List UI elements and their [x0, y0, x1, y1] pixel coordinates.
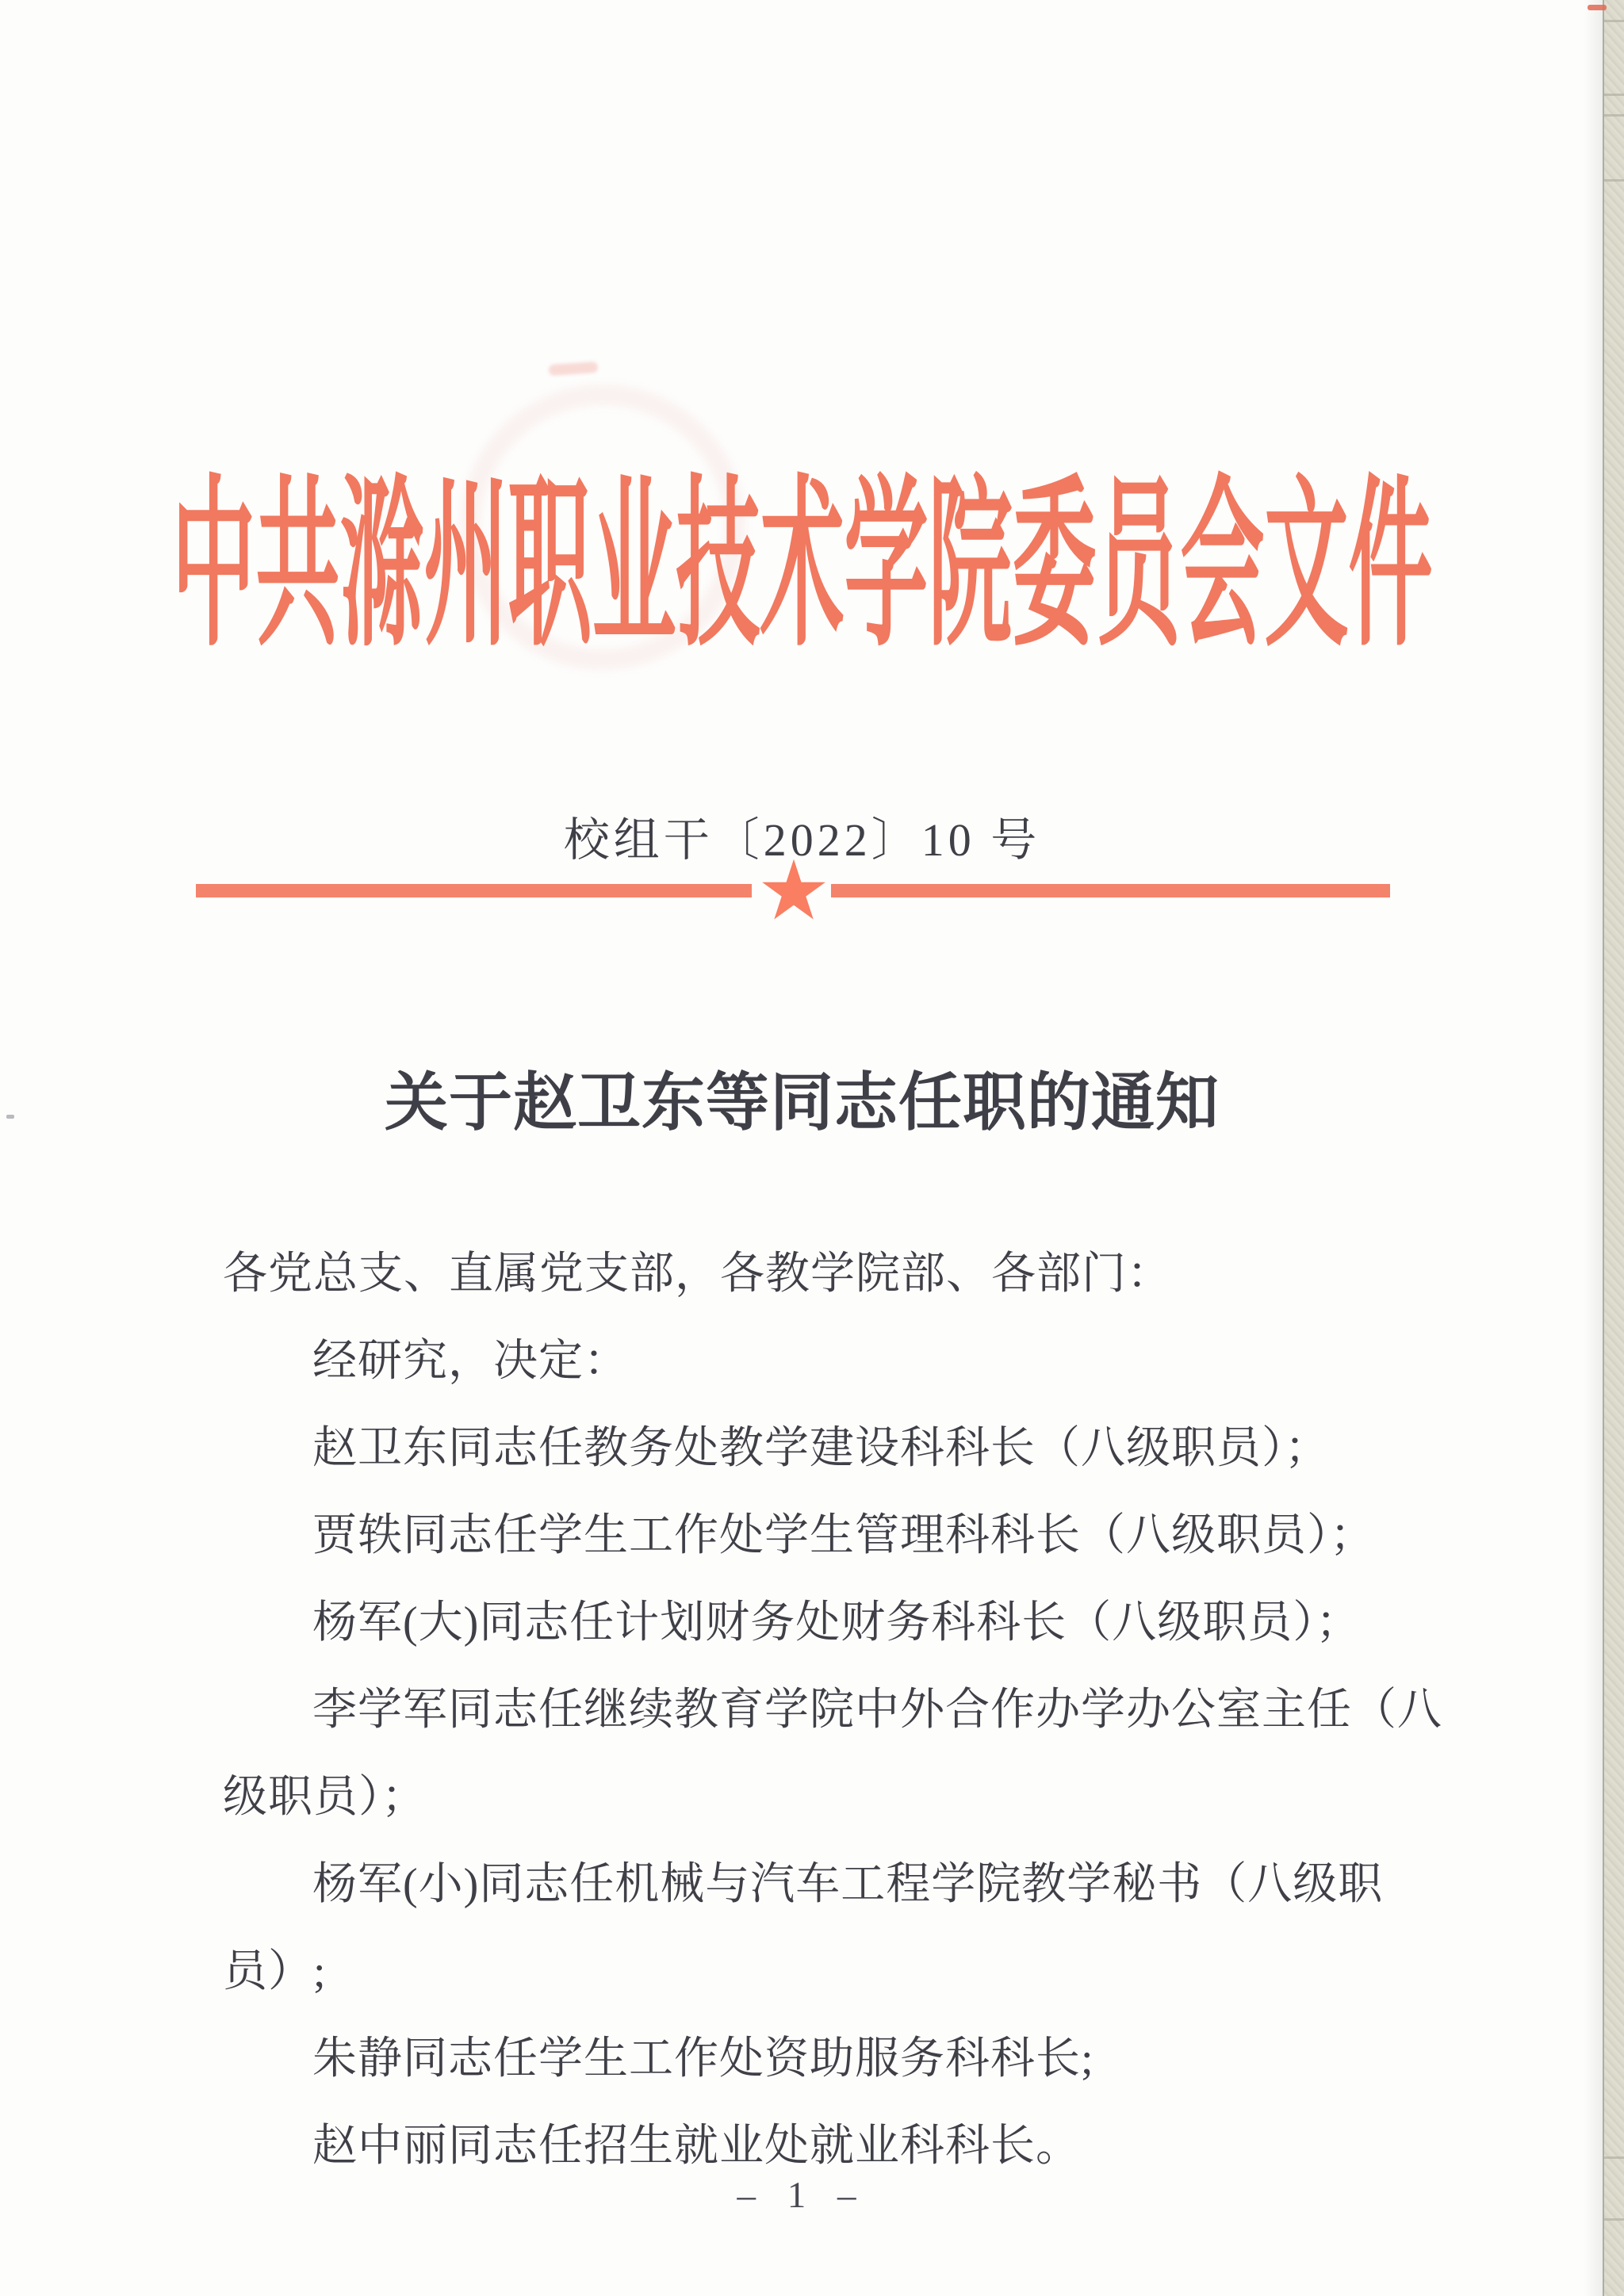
org-title: 中共滁州职业技术学院委员会文件 — [172, 474, 1433, 660]
body-paragraph: 各党总支、直属党支部，各教学院部、各部门： — [223, 1230, 1448, 1318]
body-paragraph: 朱静同志任学生工作处资助服务科科长; — [223, 2015, 1448, 2103]
star-icon: ★ — [746, 839, 841, 942]
strip-seam — [1604, 179, 1624, 182]
page-number: – 1 – — [0, 2174, 1604, 2217]
document-title: 关于赵卫东等同志任职的通知 — [0, 1051, 1604, 1142]
body-paragraph: 杨军(小)同志任机械与汽车工程学院教学秘书（八级职员）; — [223, 1841, 1448, 2015]
strip-seam — [1604, 20, 1624, 22]
body-paragraph: 赵卫东同志任教务处教学建设科科长（八级职员）； — [223, 1405, 1448, 1492]
document-body: 各党总支、直属党支部，各教学院部、各部门：经研究，决定：赵卫东同志任教务处教学建… — [223, 1230, 1448, 2190]
red-rule-right — [831, 884, 1390, 897]
strip-seam — [1604, 94, 1624, 96]
strip-seam — [1604, 2218, 1624, 2221]
red-speck — [1588, 5, 1607, 10]
strip-seam — [1604, 114, 1624, 117]
body-paragraph: 经研究，决定： — [223, 1318, 1448, 1405]
binding-strip — [1603, 0, 1624, 2296]
body-paragraph: 李学军同志任继续教育学院中外合作办学办公室主任（八级职员）； — [223, 1667, 1448, 1841]
scanned-document-page: 中共滁州职业技术学院委员会文件 校组干〔2022〕10 号 ★ 关于赵卫东等同志… — [0, 0, 1624, 2296]
letterhead: 中共滁州职业技术学院委员会文件 — [0, 474, 1604, 664]
red-rule-left — [196, 884, 752, 897]
strip-seam — [1604, 2156, 1624, 2159]
body-paragraph: 贾轶同志任学生工作处学生管理科科长（八级职员）； — [223, 1492, 1448, 1579]
body-paragraph: 杨军(大)同志任计划财务处财务科科长（八级职员）； — [223, 1579, 1448, 1667]
pink-smudge — [549, 362, 599, 376]
page-edge-shadow — [1584, 0, 1604, 2296]
